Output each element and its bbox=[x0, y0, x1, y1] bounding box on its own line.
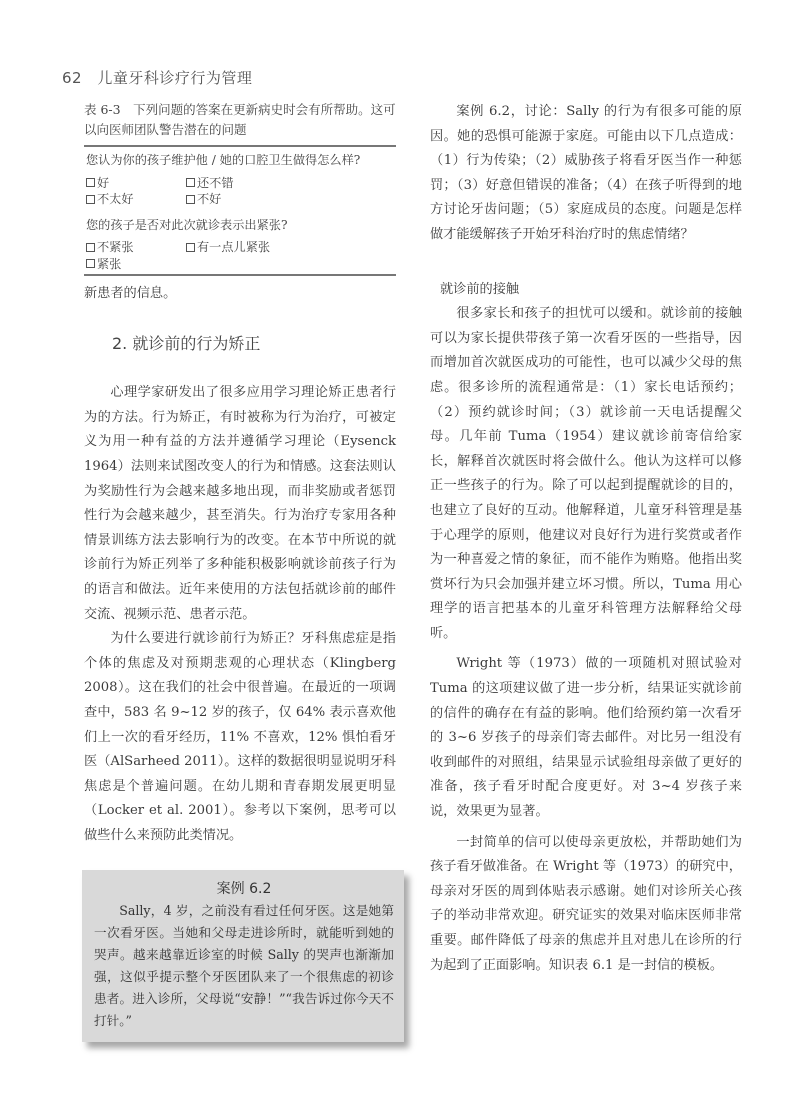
case-title: 案例 6.2 bbox=[94, 878, 394, 900]
checkbox-icon[interactable] bbox=[86, 243, 95, 252]
checkbox-option[interactable]: 不好 bbox=[186, 191, 286, 208]
checkbox-icon[interactable] bbox=[86, 259, 95, 268]
continuation-text: 新患者的信息。 bbox=[84, 282, 396, 307]
checkbox-icon[interactable] bbox=[86, 178, 95, 187]
right-column: 案例 6.2，讨论：Sally 的行为有很多可能的原因。她的恐惧可能源于家庭。可… bbox=[430, 100, 742, 978]
checkbox-option[interactable]: 不紧张 bbox=[86, 239, 186, 256]
questionnaire-table: 您认为你的孩子维护他 / 她的口腔卫生做得怎么样? 好 还不错 不太好 不好 您… bbox=[84, 145, 396, 276]
option-row: 不紧张 有一点儿紧张 bbox=[86, 239, 394, 256]
body-paragraph: 心理学家研发出了很多应用学习理论矫正患者行为的方法。行为矫正，有时被称为行为治疗… bbox=[84, 381, 396, 627]
body-paragraph: 很多家长和孩子的担忧可以缓和。就诊前的接触可以为家长提供带孩子第一次看牙医的一些… bbox=[430, 302, 742, 646]
body-paragraph: 为什么要进行就诊前行为矫正？牙科焦虑症是指个体的焦虑及对预期悲观的心理状态（Kl… bbox=[84, 627, 396, 848]
page-header: 62 儿童牙科诊疗行为管理 bbox=[62, 67, 252, 88]
case-text: Sally，4 岁，之前没有看过任何牙医。这是她第一次看牙医。当她和父母走进诊所… bbox=[94, 900, 394, 1032]
checkbox-option[interactable]: 紧张 bbox=[86, 256, 186, 273]
case-discussion: 案例 6.2，讨论：Sally 的行为有很多可能的原因。她的恐惧可能源于家庭。可… bbox=[430, 100, 742, 248]
checkbox-option[interactable]: 有一点儿紧张 bbox=[186, 239, 286, 256]
body-paragraph: 一封简单的信可以使母亲更放松，并帮助她们为孩子看牙做准备。在 Wright 等（… bbox=[430, 831, 742, 979]
option-row: 紧张 bbox=[86, 256, 394, 273]
checkbox-option[interactable]: 还不错 bbox=[186, 175, 286, 192]
question-1: 您认为你的孩子维护他 / 她的口腔卫生做得怎么样? bbox=[86, 152, 394, 169]
checkbox-option[interactable]: 不太好 bbox=[86, 191, 186, 208]
table-caption: 表 6-3 下列问题的答案在更新病史时会有所帮助。这可以向医师团队警告潜在的问题 bbox=[84, 100, 396, 140]
checkbox-icon[interactable] bbox=[86, 195, 95, 204]
left-column: 表 6-3 下列问题的答案在更新病史时会有所帮助。这可以向医师团队警告潜在的问题… bbox=[84, 100, 396, 1042]
case-box: 案例 6.2 Sally，4 岁，之前没有看过任何牙医。这是她第一次看牙医。当她… bbox=[82, 870, 404, 1042]
subheading: 就诊前的接触 bbox=[430, 278, 742, 303]
checkbox-option[interactable]: 好 bbox=[86, 175, 186, 192]
option-row: 好 还不错 bbox=[86, 175, 394, 192]
checkbox-icon[interactable] bbox=[186, 243, 195, 252]
option-row: 不太好 不好 bbox=[86, 191, 394, 208]
running-title: 儿童牙科诊疗行为管理 bbox=[97, 69, 252, 87]
page-number: 62 bbox=[62, 69, 82, 87]
checkbox-icon[interactable] bbox=[186, 195, 195, 204]
checkbox-icon[interactable] bbox=[186, 178, 195, 187]
section-title: 2. 就诊前的行为矫正 bbox=[112, 332, 396, 357]
body-paragraph: Wright 等（1973）做的一项随机对照试验对 Tuma 的这项建议做了进一… bbox=[430, 652, 742, 824]
question-2: 您的孩子是否对此次就诊表示出紧张? bbox=[86, 217, 394, 234]
